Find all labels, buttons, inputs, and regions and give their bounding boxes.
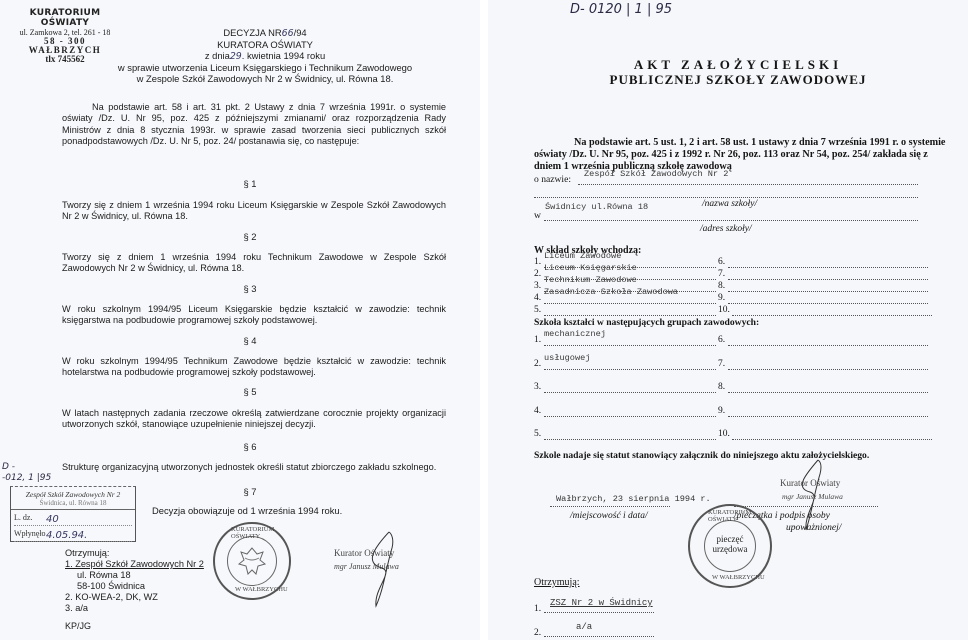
signature-block: Kurator Oświaty mgr Janusz Mulawa [780,478,843,501]
groups-heading: Szkoła kształci w następujących grupach … [534,317,759,328]
school-address-caption: /adres szkoły/ [700,224,752,234]
list-number: 8. [718,382,725,392]
section-text: Tworzy się z dniem 1 września 1994 roku … [62,200,446,223]
list-number: 8. [718,281,725,291]
list-number: 4. [534,293,541,303]
decision-number: DECYZJA NR66/94 [90,27,440,39]
registry-received-row: Wpłynęło4.05.94. [14,529,132,542]
recipient-address-line: ul. Równa 18 [65,570,204,581]
signature-scribble-icon [354,528,414,608]
list-number: 9. [718,293,725,303]
decision-date: z dnia29. kwietnia 1994 roku [90,50,440,62]
recipient-number: 2. [534,628,541,638]
list-number: 3. [534,382,541,392]
section-text: W roku szkolnym 1994/95 Liceum Księgarsk… [62,304,446,327]
school-name-value: Zespół Szkół Zawodowych Nr 2 [584,169,728,179]
list-number: 5. [534,429,541,439]
handwritten-reference-number: D- 0120 | 1 | 95 [570,2,672,17]
list-number: 10. [718,429,730,439]
list-number: 1. [534,335,541,345]
decision-issuer: KURATORA OŚWIATY [90,39,440,50]
section-text: W latach następnych zadania rzeczowe okr… [62,408,446,431]
registry-address: Świdnica, ul. Równa 18 [11,499,135,510]
section-text: Tworzy się z dniem 1 września 1994 roku … [62,252,446,275]
recipient-item: 3. a/a [65,603,204,614]
official-seal: pieczęć urzędowa KURATORIUM OŚWIATY W WA… [688,504,772,588]
decision-subject: w sprawie utworzenia Liceum Księgarskieg… [90,62,440,73]
place-date-caption: /miejscowość i data/ [570,511,648,521]
registry-ldz-row: L. dz.40 [14,513,132,526]
act-title: AKT ZAŁOŻYCIELSKI PUBLICZNEJ SZKOŁY ZAWO… [528,57,948,87]
list-number: 5. [534,305,541,315]
registry-school: Zespół Szkół Zawodowych Nr 2 [11,490,135,499]
list-value: mechanicznej [544,329,606,339]
list-number: 7. [718,359,725,369]
org-name: KURATORIUM OŚWIATY [10,8,120,28]
recipient-item: 2. KO-WEA-2, DK, WZ [65,592,204,603]
list-value: Zasadnicza Szkoła Zawodowa [544,287,678,297]
list-value: Technikum Zawodowe [544,275,637,285]
list-number: 9. [718,406,725,416]
handwritten-reference-note: D - -012, 1 |95 [2,462,52,484]
list-value: Liceum Księgarskie [544,263,637,273]
legal-basis-paragraph: Na podstawie art. 5 ust. 1, 2 i art. 58 … [534,137,954,173]
official-seal: KURATORIUM OŚWIATY W WAŁBRZYCHU [213,522,291,600]
list-number: 10. [718,305,730,315]
list-value: Liceum Zawodowe [544,251,621,261]
list-number: 6. [718,335,725,345]
section-text: W roku szkolnym 1994/95 Technikum Zawodo… [62,356,446,379]
list-number: 2. [534,359,541,369]
school-address-prefix: w [534,210,541,221]
recipient-value: ZSZ Nr 2 w Świdnicy [550,598,653,608]
place-date-value: Wałbrzych, 23 sierpnia 1994 r. [556,494,711,504]
list-number: 1. [534,257,541,267]
recipients-list: Otrzymują: 1. Zespół Szkół Zawodowych Nr… [65,548,204,614]
list-number: 7. [718,269,725,279]
section-text: Decyzja obowiązuje od 1 września 1994 ro… [152,505,342,516]
list-number: 4. [534,406,541,416]
signature-caption-cont: upoważnionej/ [786,523,841,533]
list-number: 6. [718,257,725,267]
section-mark: § 5 [60,386,440,397]
section-text: Strukturę organizacyjną utworzonych jedn… [62,462,446,473]
seal-label: pieczęć [710,534,750,544]
decision-document-page: KURATORIUM OŚWIATY ul. Zamkowa 2, tel. 2… [0,0,480,640]
recipient-address-line: 58-100 Świdnica [65,581,204,592]
section-mark: § 3 [60,283,440,294]
school-name-label: o nazwie: [534,174,571,185]
school-name-caption: /nazwa szkoły/ [702,199,757,209]
registry-stamp: Zespół Szkół Zawodowych Nr 2 Świdnica, u… [10,486,136,542]
recipients-heading: Otrzymują: [65,548,204,559]
school-address-value: Świdnicy ul.Równa 18 [545,202,648,212]
recipient-number: 1. [534,604,541,614]
list-value: usługowej [544,353,590,363]
founding-act-page: D- 0120 | 1 | 95 AKT ZAŁOŻYCIELSKI PUBLI… [488,0,968,640]
section-mark: § 2 [60,231,440,242]
list-number: 3. [534,281,541,291]
section-mark: § 6 [60,441,440,452]
decision-subject-location: w Zespole Szkół Zawodowych Nr 2 w Świdni… [90,73,440,84]
legal-basis-paragraph: Na podstawie art. 58 i art. 31 pkt. 2 Us… [62,102,446,148]
seal-label: urzędowa [710,544,750,554]
section-mark: § 4 [60,335,440,346]
recipient-item: 1. Zespół Szkół Zawodowych Nr 2 [65,559,204,570]
recipients-heading: Otrzymują: [534,577,580,588]
author-initials: KP/JG [65,621,91,631]
decision-title: DECYZJA NR66/94 KURATORA OŚWIATY z dnia2… [90,27,440,84]
list-number: 2. [534,269,541,279]
signature-block: Kurator Oświaty mgr Janusz Mulawa [334,548,399,571]
section-mark: § 1 [60,178,440,189]
recipient-value: a/a [576,622,592,632]
